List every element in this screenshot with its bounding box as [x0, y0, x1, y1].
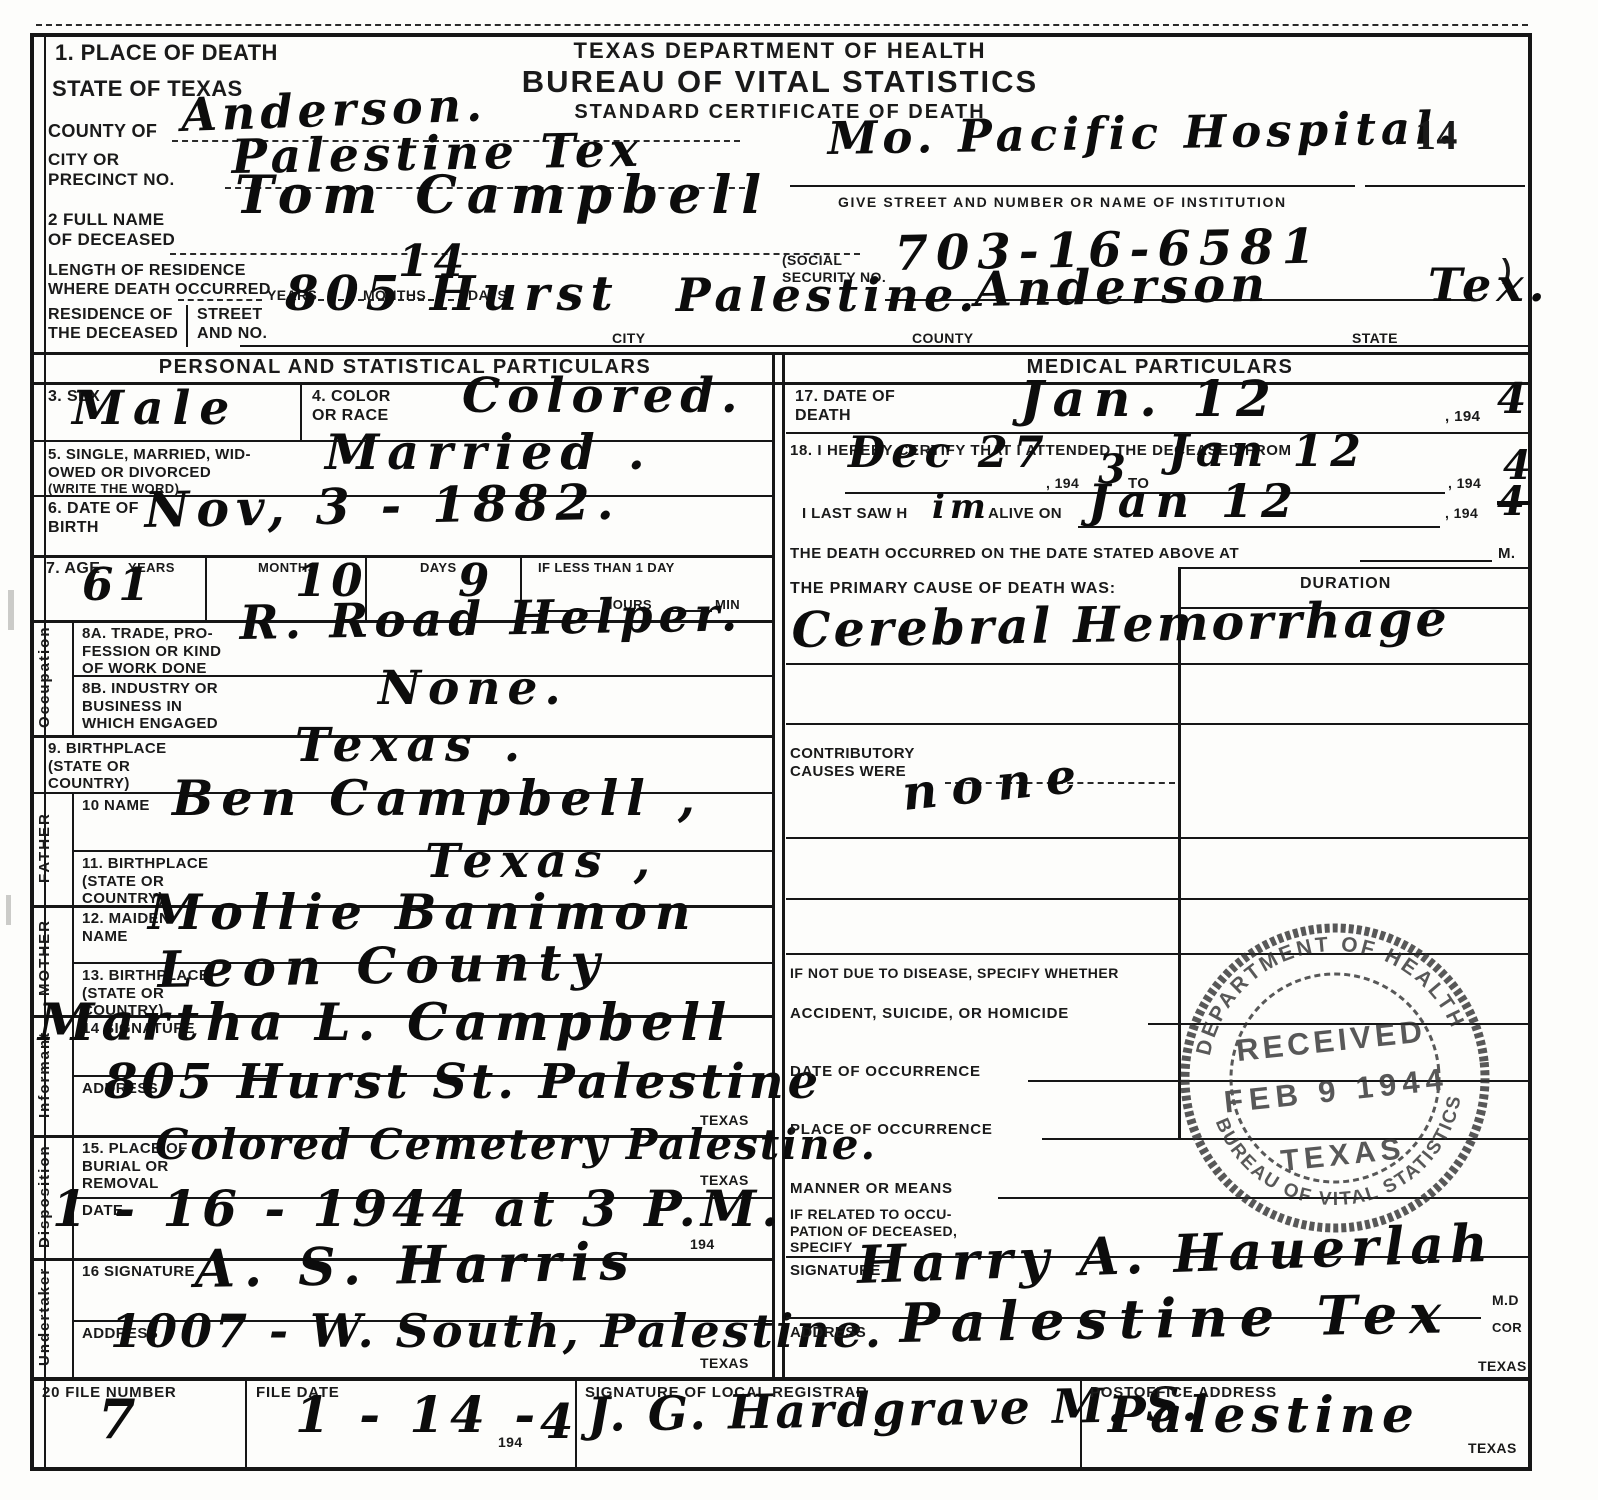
- age-days-label: DAYS: [420, 560, 457, 575]
- trade-label-2: FESSION OR KIND: [82, 643, 221, 661]
- age-lessthan-label: IF LESS THAN 1 DAY: [538, 560, 675, 575]
- death-occurred-label: THE DEATH OCCURRED ON THE DATE STATED AB…: [790, 545, 1239, 563]
- burial-date-value: 1 - 16 - 1944 at 3 P.M.: [52, 1184, 784, 1234]
- trade-value: R. Road Helper.: [239, 591, 743, 647]
- file-date-year-hw: 4: [540, 1398, 578, 1446]
- birthplace-label-2: (STATE OR: [48, 758, 167, 776]
- fullname-value: Tom Campbell: [235, 170, 771, 222]
- color-race-label-1: 4. COLOR: [312, 388, 391, 407]
- trade-label: 8A. TRADE, PRO- FESSION OR KIND OF WORK …: [82, 625, 221, 678]
- city-precinct-label: CITY OR PRECINCT NO.: [48, 150, 175, 190]
- burial-place-value: Colored Cemetery Palestine.: [155, 1124, 877, 1166]
- father-side-label: FATHER: [36, 795, 70, 901]
- street-no-label-1: STREET: [197, 306, 267, 325]
- age-divider: [205, 555, 207, 620]
- group-divider: [72, 792, 74, 1377]
- scan-artifact: [8, 590, 14, 630]
- age-years-value: 61: [82, 562, 155, 607]
- undertaker-signature-value: A. S. Harris: [194, 1236, 638, 1296]
- occurred-line: [1360, 560, 1492, 562]
- institution-value: Mo. Pacific Hospital.: [827, 105, 1458, 161]
- undertaker-signature-label: 16 SIGNATURE: [82, 1263, 195, 1281]
- lastsaw-value: Jan 12: [1088, 478, 1301, 524]
- stamp-received-text: RECEIVED: [1235, 1013, 1428, 1068]
- birthplace-label: 9. BIRTHPLACE (STATE OR COUNTRY): [48, 740, 167, 793]
- certificate-number: 14: [1415, 112, 1458, 162]
- undertaker-side-label: Undertaker: [36, 1260, 70, 1373]
- duration-box-top: [1178, 567, 1528, 569]
- bottom-row-top-rule: [30, 1377, 1532, 1381]
- informant-address-value: 805 Hurst St. Palestine: [104, 1058, 822, 1106]
- place-of-death-label: 1. PLACE OF DEATH: [55, 40, 278, 66]
- industry-value: None.: [378, 665, 568, 712]
- postoffice-state: TEXAS: [1468, 1440, 1517, 1457]
- dob-value: Nov, 3 - 1882.: [144, 478, 621, 535]
- mother-birthplace-value: Leon County: [157, 937, 609, 995]
- border-top: [30, 33, 1532, 37]
- border-bottom: [30, 1467, 1532, 1471]
- informant-signature-value: Martha L. Campbell: [38, 998, 733, 1049]
- residence-underline: [240, 345, 1528, 347]
- date-of-death-year-printed: , 194: [1445, 408, 1480, 426]
- dob-label-2: BIRTH: [48, 519, 139, 538]
- received-stamp: DEPARTMENT OF HEALTH BUREAU OF VITAL STA…: [1170, 913, 1500, 1243]
- dob-label: 6. DATE OF BIRTH: [48, 500, 139, 538]
- border-right: [1528, 33, 1532, 1467]
- md-label: M.D: [1492, 1292, 1519, 1309]
- fullname-label: 2 FULL NAME OF DECEASED: [48, 210, 175, 250]
- undertaker-address-state: TEXAS: [700, 1355, 749, 1372]
- residence-county-value: Anderson: [974, 261, 1270, 314]
- manner-means-label: MANNER OR MEANS: [790, 1180, 953, 1198]
- father-birthplace-label-1: 11. BIRTHPLACE: [82, 855, 208, 873]
- date-of-death-value: Jan. 12: [1020, 374, 1280, 424]
- occupation-side-label: Occupation: [36, 622, 70, 732]
- city-precinct-label-1: CITY OR: [48, 150, 175, 170]
- marital-value: Married .: [325, 428, 653, 477]
- band-bottom-rule: [30, 382, 1532, 385]
- contributory-value: none: [900, 751, 1092, 818]
- length-residence-label: LENGTH OF RESIDENCE WHERE DEATH OCCURRED: [48, 262, 271, 300]
- fullname-underline: [170, 253, 860, 255]
- birthplace-label-3: COUNTRY): [48, 775, 167, 793]
- row-rule: [72, 850, 772, 852]
- file-date-value: 1 - 14 -: [295, 1390, 541, 1440]
- date-of-death-label-1: 17. DATE OF: [795, 388, 895, 407]
- primary-cause-value: Cerebral Hemorrhage: [791, 595, 1450, 655]
- father-name-label: 10 NAME: [82, 797, 150, 815]
- bottom-divider: [245, 1377, 247, 1467]
- birthplace-label-1: 9. BIRTHPLACE: [48, 740, 167, 758]
- street-value: 805 Hurst: [285, 270, 620, 318]
- county-of-label: COUNTY OF: [48, 121, 157, 142]
- place-occurrence-label: PLACE OF OCCURRENCE: [790, 1121, 993, 1139]
- lastsaw-year-printed: , 194: [1445, 505, 1478, 522]
- lastsaw-label-2: ALIVE ON: [988, 505, 1062, 523]
- contributory-label-1: CONTRIBUTORY: [790, 745, 915, 763]
- masthead-bureau: BUREAU OF VITAL STATISTICS: [480, 64, 1080, 101]
- border-left: [30, 33, 34, 1467]
- related-occupation-label-1: IF RELATED TO OCCU-: [790, 1206, 957, 1223]
- institution-underline: [790, 185, 1355, 187]
- residence-label-divider: [186, 305, 188, 347]
- contributory-label: CONTRIBUTORY CAUSES WERE: [790, 745, 915, 780]
- sex-value: Male: [72, 385, 238, 432]
- attended-year2-printed: , 194: [1448, 475, 1481, 492]
- maiden-name-value: Mollie Banimon: [148, 888, 699, 937]
- birthplace-value: Texas .: [295, 722, 528, 769]
- lastsaw-underline: [1078, 526, 1440, 528]
- lastsaw-year-hw: 4: [1497, 482, 1530, 522]
- occurred-m-label: M.: [1498, 545, 1515, 563]
- length-residence-label-2: WHERE DEATH OCCURRED: [48, 281, 271, 300]
- trade-label-1: 8A. TRADE, PRO-: [82, 625, 221, 643]
- industry-label-1: 8B. INDUSTRY OR: [82, 680, 218, 698]
- top-dashed-rule: [36, 24, 1528, 26]
- lastsaw-label-1: I LAST SAW H: [802, 505, 908, 523]
- residence-city-value: Palestine.: [676, 272, 979, 318]
- cause-underline: [786, 663, 1528, 665]
- if-not-disease-label: IF NOT DUE TO DISEASE, SPECIFY WHETHER: [790, 965, 1119, 982]
- city-precinct-label-2: PRECINCT NO.: [48, 170, 175, 190]
- dob-label-1: 6. DATE OF: [48, 500, 139, 519]
- file-date-year-printed: 194: [498, 1434, 523, 1451]
- sex-color-divider: [300, 382, 302, 440]
- fullname-label-2: OF DECEASED: [48, 230, 175, 250]
- physician-address-label: ADDRESS: [790, 1324, 866, 1342]
- industry-label-2: BUSINESS IN: [82, 698, 218, 716]
- date-of-death-year-hw: 4: [1497, 378, 1531, 420]
- fullname-label-1: 2 FULL NAME: [48, 210, 175, 230]
- stamp-texas-text: TEXAS: [1279, 1132, 1407, 1178]
- residence-of-label-2: THE DECEASED: [48, 325, 178, 344]
- institution-hint: GIVE STREET AND NUMBER OR NAME OF INSTIT…: [838, 194, 1287, 211]
- postoffice-value: Palestine: [1108, 1390, 1420, 1440]
- scan-artifact: [6, 895, 11, 925]
- attended-to-value: Jan 12: [1168, 430, 1368, 474]
- color-race-label: 4. COLOR OR RACE: [312, 388, 391, 426]
- residence-state-value: Tex.: [1428, 262, 1550, 308]
- street-no-label: STREET AND NO.: [197, 306, 267, 344]
- residence-of-label-1: RESIDENCE OF: [48, 306, 178, 325]
- residence-of-label: RESIDENCE OF THE DECEASED: [48, 306, 178, 344]
- attended-year1-printed: , 194: [1046, 475, 1079, 492]
- color-race-value: Colored.: [462, 372, 745, 420]
- institution-underline-right: [1365, 185, 1525, 187]
- attended-from-value: Dec 27: [848, 432, 1050, 475]
- physician-address-value: Palestine Tex: [899, 1286, 1454, 1350]
- length-residence-label-1: LENGTH OF RESIDENCE: [48, 262, 271, 281]
- row-rule: [786, 837, 1528, 839]
- band-top-rule: [30, 352, 1532, 355]
- date-of-death-label: 17. DATE OF DEATH: [795, 388, 895, 426]
- marital-label-1: 5. SINGLE, MARRIED, WID-: [48, 446, 251, 464]
- stamp-date-text: FEB 9 1944: [1222, 1061, 1450, 1119]
- group-divider: [72, 620, 74, 735]
- father-birthplace-value: Texas ,: [425, 838, 658, 885]
- death-certificate-scan: 1. PLACE OF DEATH STATE OF TEXAS TEXAS D…: [0, 0, 1598, 1500]
- industry-label-3: WHICH ENGAGED: [82, 715, 218, 733]
- row-rule: [786, 898, 1528, 900]
- industry-label: 8B. INDUSTRY OR BUSINESS IN WHICH ENGAGE…: [82, 680, 218, 733]
- undertaker-address-value: 1007 - W. South, Palestine.: [110, 1308, 884, 1354]
- lastsaw-pronoun-hw: im: [932, 490, 991, 524]
- physician-address-state: TEXAS: [1478, 1358, 1527, 1375]
- accident-suicide-label: ACCIDENT, SUICIDE, OR HOMICIDE: [790, 1005, 1069, 1023]
- years-line: [178, 299, 262, 301]
- contributory-label-2: CAUSES WERE: [790, 763, 915, 781]
- street-no-label-2: AND NO.: [197, 325, 267, 344]
- file-number-value: 7: [98, 1392, 141, 1446]
- father-name-value: Ben Campbell ,: [172, 774, 703, 823]
- row-rule: [786, 723, 1528, 725]
- cor-label: COR: [1492, 1320, 1522, 1335]
- date-of-death-label-2: DEATH: [795, 407, 895, 426]
- ssn-label-1: (SOCIAL: [782, 252, 886, 269]
- masthead-dept: TEXAS DEPARTMENT OF HEALTH: [480, 38, 1080, 64]
- burial-date-year-printed: 194: [690, 1236, 715, 1253]
- date-occurrence-label: DATE OF OCCURRENCE: [790, 1063, 981, 1081]
